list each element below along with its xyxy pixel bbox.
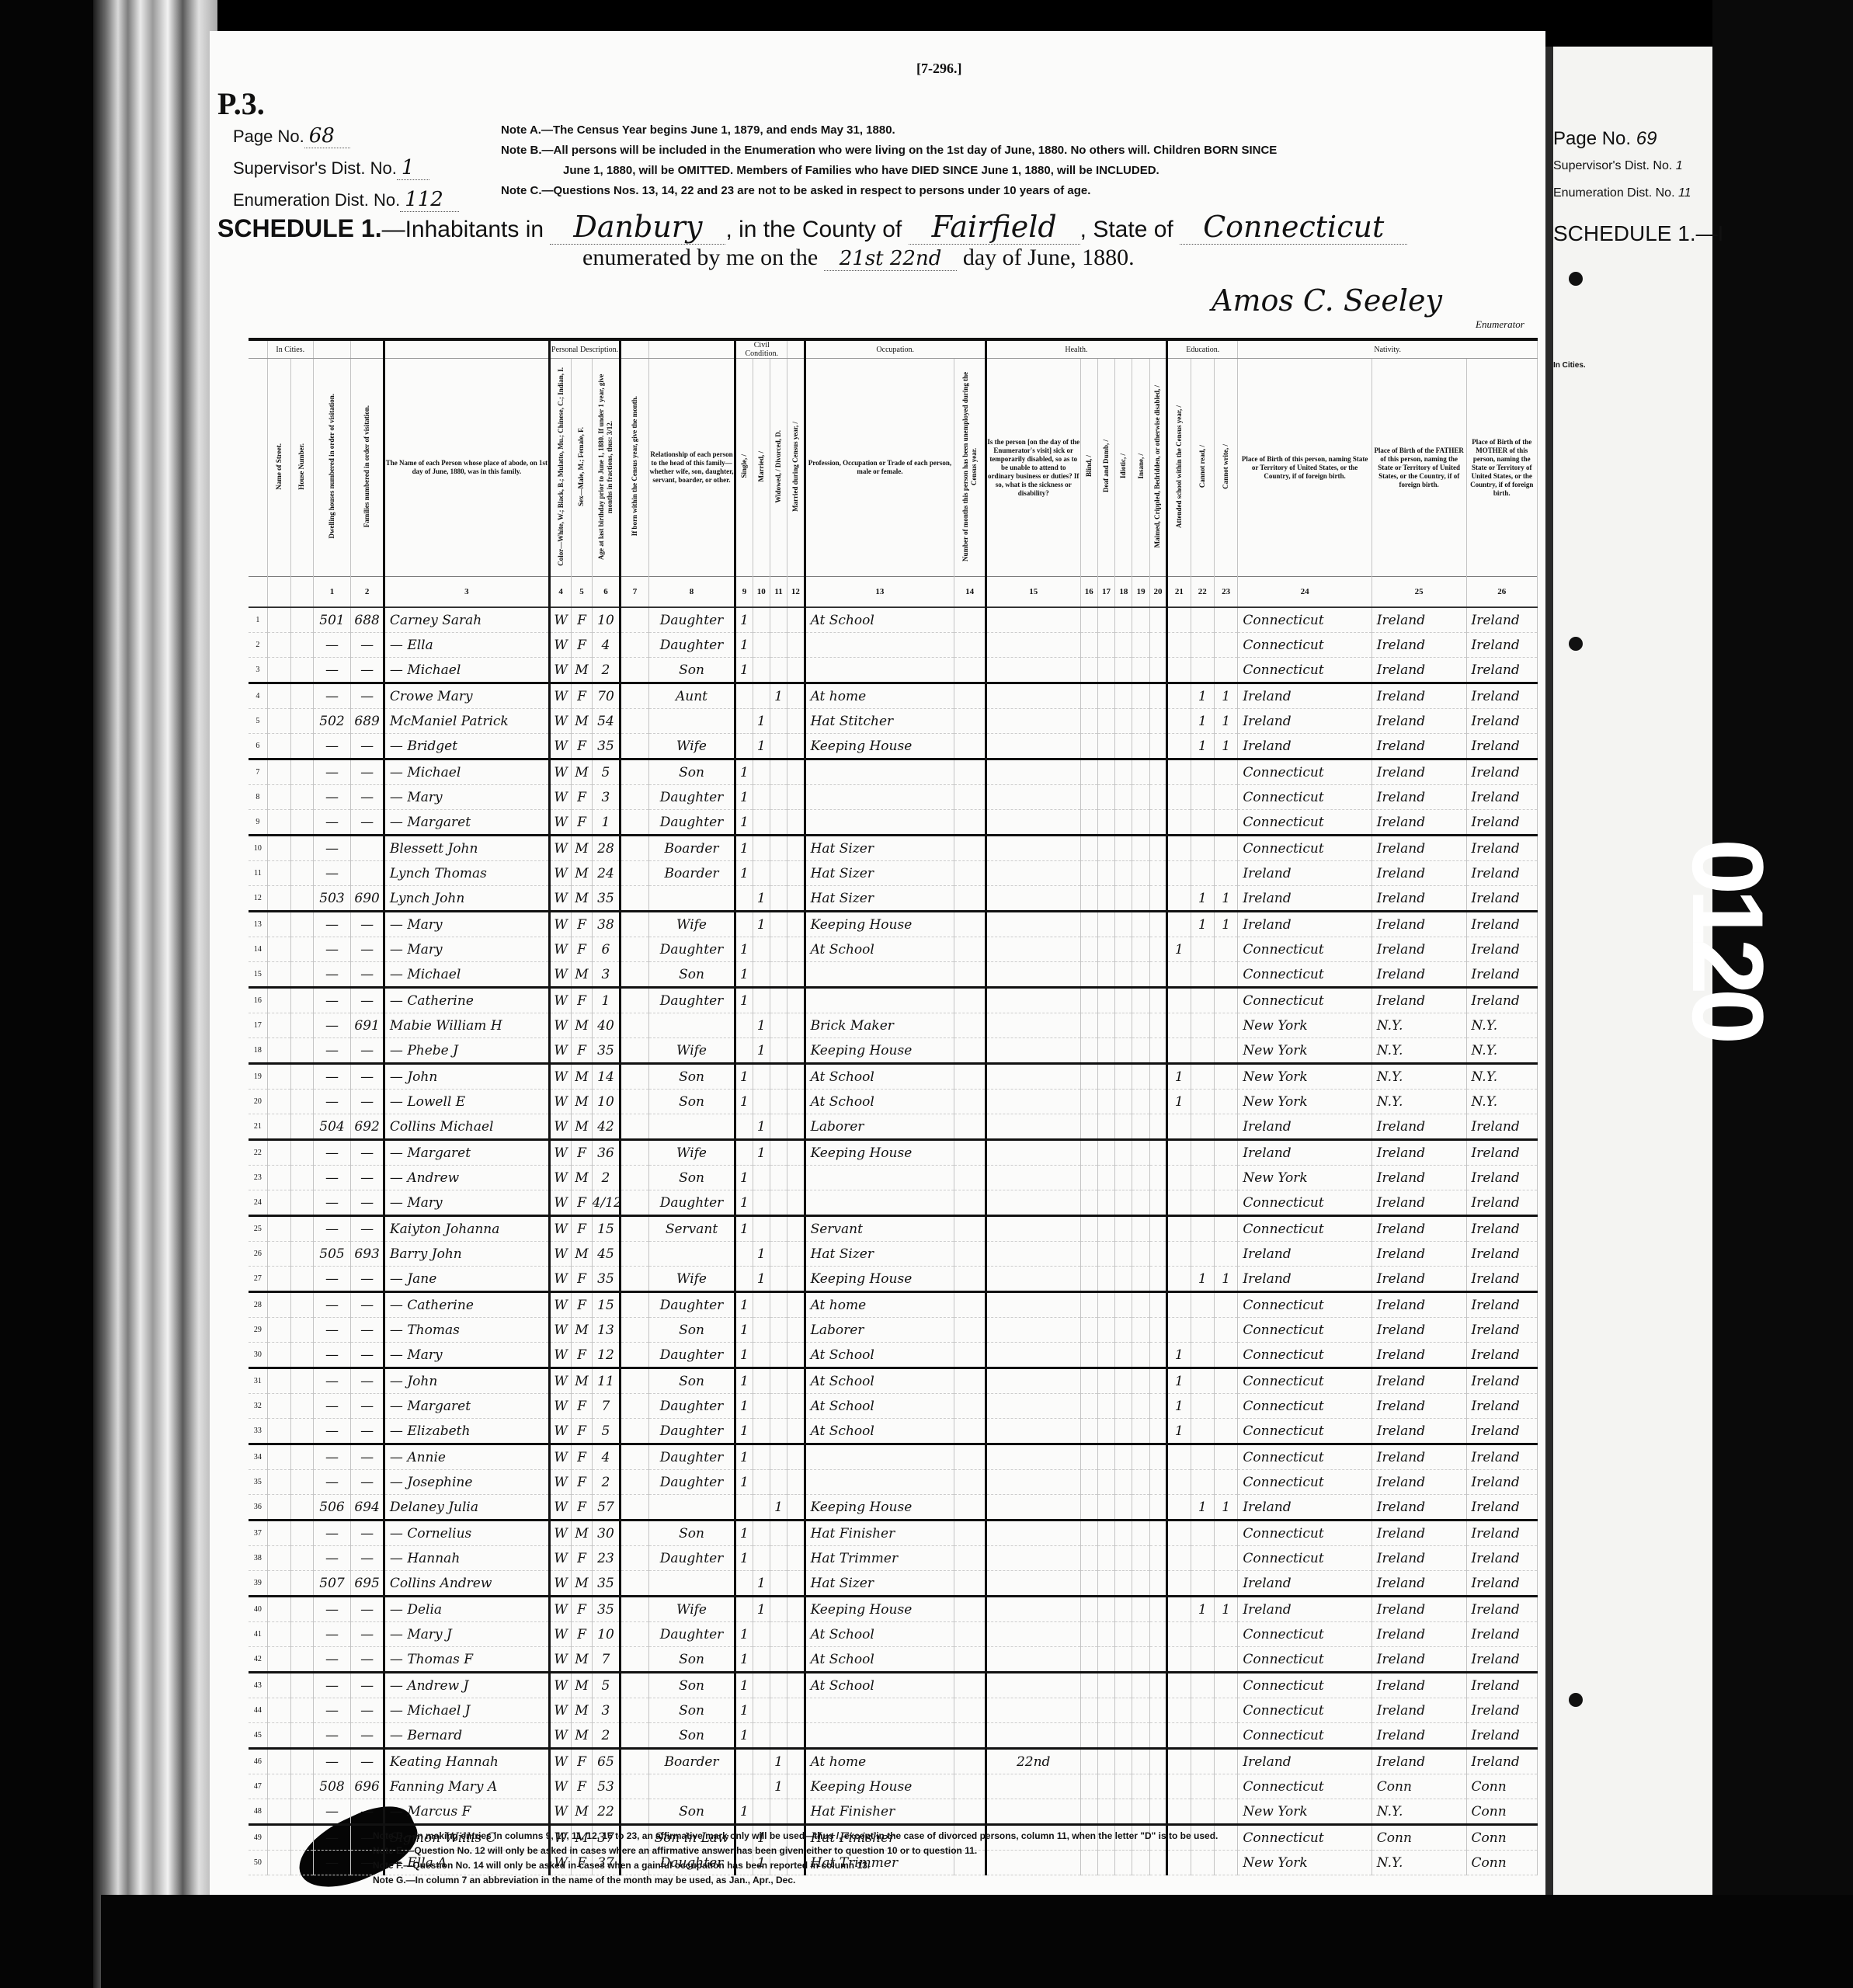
cell-dw: — <box>313 988 351 1013</box>
cell-father: Ireland <box>1371 1597 1466 1622</box>
cell-m: 1 <box>753 1114 770 1140</box>
cell-c20 <box>1149 1114 1166 1140</box>
cell-mother: Ireland <box>1466 1419 1538 1444</box>
cell-c17 <box>1097 1799 1114 1825</box>
cell-dw: — <box>313 836 351 861</box>
cell-m <box>753 1799 770 1825</box>
cell-age: 12 <box>592 1343 621 1368</box>
cell-birth: Ireland <box>1238 683 1371 709</box>
group-personal: Personal Description. <box>549 339 620 359</box>
cell-house <box>291 785 313 810</box>
cell-c18 <box>1115 1749 1132 1774</box>
cell-street <box>267 1799 290 1825</box>
cell-fam: — <box>351 988 384 1013</box>
cell-md <box>787 886 805 912</box>
cell-unemp <box>954 810 986 836</box>
cell-m: 1 <box>753 1140 770 1166</box>
cell-age: 14 <box>592 1064 621 1090</box>
cell-c20 <box>1149 759 1166 785</box>
cell-unemp <box>954 683 986 709</box>
cell-c15 <box>986 1090 1080 1114</box>
cell-c21 <box>1167 1292 1191 1318</box>
cell-sex: F <box>572 1267 592 1292</box>
cell-sex: F <box>572 988 592 1013</box>
cell-unemp <box>954 1495 986 1521</box>
cell-dw: — <box>313 1723 351 1749</box>
cell-c15 <box>986 759 1080 785</box>
col-street: Name of Street. <box>267 359 290 577</box>
cell-m <box>753 1546 770 1571</box>
cell-unemp <box>954 1571 986 1597</box>
cell-father: Ireland <box>1371 1622 1466 1647</box>
cell-occ: At School <box>805 1394 954 1419</box>
table-row: 15——— MichaelWM3Son1ConnecticutIrelandIr… <box>249 962 1538 988</box>
cell-street <box>267 1774 290 1799</box>
cell-md <box>787 709 805 734</box>
cell-age: 35 <box>592 1597 621 1622</box>
cell-c20 <box>1149 633 1166 658</box>
cell-c17 <box>1097 1495 1114 1521</box>
cell-age: 2 <box>592 658 621 683</box>
cell-fam: — <box>351 1038 384 1064</box>
cell-c22 <box>1191 1774 1214 1799</box>
cell-father: N.Y. <box>1371 1013 1466 1038</box>
table-row: 44——— Michael JWM3Son1ConnecticutIreland… <box>249 1698 1538 1723</box>
cell-color: W <box>549 886 571 912</box>
cell-w <box>770 1698 787 1723</box>
cell-c18 <box>1115 1216 1132 1242</box>
cell-c18 <box>1115 1521 1132 1546</box>
cell-unemp <box>954 1318 986 1343</box>
table-row: 10—Blessett JohnWM28Boarder1Hat SizerCon… <box>249 836 1538 861</box>
cell-c23 <box>1214 861 1237 886</box>
cell-c16 <box>1080 1140 1097 1166</box>
cell-w <box>770 1038 787 1064</box>
cell-unemp <box>954 962 986 988</box>
cell-c18 <box>1115 1394 1132 1419</box>
cell-s: 1 <box>735 1622 753 1647</box>
cell-fam: — <box>351 1673 384 1698</box>
cell-rel: Aunt <box>648 683 735 709</box>
cell-c15 <box>986 633 1080 658</box>
cell-father: Ireland <box>1371 1444 1466 1470</box>
cell-color: W <box>549 1673 571 1698</box>
col-15: Is the person [on the day of the Enumera… <box>986 359 1080 577</box>
cell-c15 <box>986 836 1080 861</box>
cell-name: — Andrew J <box>384 1673 549 1698</box>
cell-birth: Connecticut <box>1238 1318 1371 1343</box>
table-row: 37——— CorneliusWM30Son1Hat FinisherConne… <box>249 1521 1538 1546</box>
cell-line: 2 <box>249 633 267 658</box>
cell-birth: Connecticut <box>1238 1368 1371 1394</box>
cell-unemp <box>954 1394 986 1419</box>
cell-s: 1 <box>735 937 753 962</box>
cell-father: Ireland <box>1371 1647 1466 1673</box>
cell-dw: — <box>313 658 351 683</box>
cell-c18 <box>1115 759 1132 785</box>
cell-fam: — <box>351 1394 384 1419</box>
cell-father: Ireland <box>1371 912 1466 937</box>
cell-c19 <box>1132 886 1149 912</box>
cell-house <box>291 1318 313 1343</box>
cell-color: W <box>549 937 571 962</box>
cell-father: Ireland <box>1371 1470 1466 1495</box>
cell-c17 <box>1097 1216 1114 1242</box>
cell-sex: M <box>572 759 592 785</box>
cell-street <box>267 1343 290 1368</box>
cell-name: — Margaret <box>384 810 549 836</box>
cell-c16 <box>1080 962 1097 988</box>
cell-c15 <box>986 937 1080 962</box>
cell-house <box>291 1090 313 1114</box>
cell-rel: Wife <box>648 1597 735 1622</box>
cell-occ <box>805 633 954 658</box>
cell-c23 <box>1214 1749 1237 1774</box>
inhabitants-label: —Inhabitants in <box>382 217 544 242</box>
cell-house <box>291 607 313 633</box>
cell-m: 1 <box>753 1013 770 1038</box>
cell-c16 <box>1080 988 1097 1013</box>
cell-color: W <box>549 1470 571 1495</box>
cell-s: 1 <box>735 1546 753 1571</box>
cell-c17 <box>1097 988 1114 1013</box>
cell-c23 <box>1214 1546 1237 1571</box>
cell-birth: Connecticut <box>1238 1673 1371 1698</box>
cell-m <box>753 1292 770 1318</box>
cell-line: 3 <box>249 658 267 683</box>
enumerator-signature: Amos C. Seeley <box>1212 283 1442 318</box>
cell-c15 <box>986 785 1080 810</box>
cell-c19 <box>1132 1749 1149 1774</box>
cell-fam: — <box>351 1140 384 1166</box>
cell-birth: Connecticut <box>1238 658 1371 683</box>
instruction-notes: Note A.—The Census Year begins June 1, 1… <box>501 120 1511 201</box>
cell-mother: N.Y. <box>1466 1064 1538 1090</box>
cell-s: 1 <box>735 759 753 785</box>
cell-w <box>770 1242 787 1267</box>
cell-md <box>787 1698 805 1723</box>
cell-c22 <box>1191 1749 1214 1774</box>
cell-c17 <box>1097 1114 1114 1140</box>
cell-s: 1 <box>735 1647 753 1673</box>
cell-rel: Wife <box>648 912 735 937</box>
cell-occ <box>805 658 954 683</box>
cell-c16 <box>1080 1166 1097 1190</box>
cell-c22 <box>1191 1064 1214 1090</box>
cell-c23 <box>1214 810 1237 836</box>
cell-street <box>267 1597 290 1622</box>
cell-c15 <box>986 1292 1080 1318</box>
cell-sex: F <box>572 1774 592 1799</box>
cell-street <box>267 785 290 810</box>
table-row: 19——— JohnWM14Son1At School1New YorkN.Y.… <box>249 1064 1538 1090</box>
cell-street <box>267 1622 290 1647</box>
cell-sex: F <box>572 633 592 658</box>
cell-born_month <box>621 1090 649 1114</box>
cell-w <box>770 759 787 785</box>
cell-street <box>267 1267 290 1292</box>
cell-md <box>787 785 805 810</box>
cell-sex: M <box>572 1698 592 1723</box>
col-house: House Number. <box>291 359 313 577</box>
cell-c21 <box>1167 1749 1191 1774</box>
cell-color: W <box>549 1140 571 1166</box>
cell-c15 <box>986 1774 1080 1799</box>
cell-house <box>291 1723 313 1749</box>
cell-s <box>735 1114 753 1140</box>
enumeration-label: Enumeration Dist. No. <box>233 190 400 210</box>
cell-c20 <box>1149 1038 1166 1064</box>
cell-c15 <box>986 912 1080 937</box>
cell-s: 1 <box>735 1166 753 1190</box>
cell-c22 <box>1191 810 1214 836</box>
cell-c20 <box>1149 861 1166 886</box>
cell-c21: 1 <box>1167 1064 1191 1090</box>
cell-house <box>291 1368 313 1394</box>
cell-born_month <box>621 810 649 836</box>
cell-c21 <box>1167 1673 1191 1698</box>
table-row: 2——— EllaWF4Daughter1ConnecticutIrelandI… <box>249 633 1538 658</box>
cell-name: Delaney Julia <box>384 1495 549 1521</box>
supervisor-value: 1 <box>397 156 430 180</box>
cell-age: 35 <box>592 1571 621 1597</box>
cell-father: Ireland <box>1371 785 1466 810</box>
cell-s <box>735 1774 753 1799</box>
cell-c17 <box>1097 1242 1114 1267</box>
cell-c22 <box>1191 633 1214 658</box>
cell-c15 <box>986 1444 1080 1470</box>
cell-c19 <box>1132 1521 1149 1546</box>
cell-w <box>770 734 787 759</box>
cell-color: W <box>549 1292 571 1318</box>
cell-fam: — <box>351 759 384 785</box>
cell-md <box>787 1216 805 1242</box>
cell-c17 <box>1097 607 1114 633</box>
cell-c19 <box>1132 1419 1149 1444</box>
cell-father: Ireland <box>1371 1343 1466 1368</box>
cell-occ: At home <box>805 1749 954 1774</box>
cell-color: W <box>549 1013 571 1038</box>
cell-rel: Son <box>648 658 735 683</box>
cell-occ: At School <box>805 1343 954 1368</box>
cell-color: W <box>549 836 571 861</box>
cell-age: 57 <box>592 1495 621 1521</box>
cell-line: 14 <box>249 937 267 962</box>
cell-c16 <box>1080 1571 1097 1597</box>
cell-house <box>291 1444 313 1470</box>
cell-c17 <box>1097 836 1114 861</box>
cell-line: 42 <box>249 1647 267 1673</box>
cell-name: — Mary <box>384 912 549 937</box>
cell-s <box>735 1597 753 1622</box>
cell-c23 <box>1214 759 1237 785</box>
cell-w <box>770 1673 787 1698</box>
cell-occ <box>805 1470 954 1495</box>
cell-c16 <box>1080 1495 1097 1521</box>
cell-c23 <box>1214 658 1237 683</box>
cell-c22: 1 <box>1191 734 1214 759</box>
enumerated-days: 21st 22nd <box>824 247 958 271</box>
cell-born_month <box>621 1419 649 1444</box>
cell-c21 <box>1167 1140 1191 1166</box>
cell-c21 <box>1167 1013 1191 1038</box>
cell-c23 <box>1214 1698 1237 1723</box>
cell-unemp <box>954 1521 986 1546</box>
cell-dw: — <box>313 1216 351 1242</box>
cell-house <box>291 1521 313 1546</box>
col-23: Cannot write, / <box>1214 359 1237 577</box>
cell-house <box>291 1114 313 1140</box>
cell-c20 <box>1149 1774 1166 1799</box>
cell-mother: Conn <box>1466 1774 1538 1799</box>
form-mark: P.3. <box>217 85 265 122</box>
cell-c18 <box>1115 1242 1132 1267</box>
cell-c18 <box>1115 1698 1132 1723</box>
cell-house <box>291 1013 313 1038</box>
cell-street <box>267 1242 290 1267</box>
cell-c20 <box>1149 1470 1166 1495</box>
cell-birth: Ireland <box>1238 1749 1371 1774</box>
cell-c17 <box>1097 1292 1114 1318</box>
cell-age: 53 <box>592 1774 621 1799</box>
cell-c23 <box>1214 1673 1237 1698</box>
cell-c21 <box>1167 861 1191 886</box>
cell-c20 <box>1149 1521 1166 1546</box>
cell-w <box>770 1546 787 1571</box>
cell-house <box>291 1267 313 1292</box>
cell-c19 <box>1132 1013 1149 1038</box>
cell-c20 <box>1149 1318 1166 1343</box>
cell-c23 <box>1214 1799 1237 1825</box>
cell-fam: 693 <box>351 1242 384 1267</box>
cell-sex: M <box>572 1064 592 1090</box>
cell-c19 <box>1132 1394 1149 1419</box>
cell-c22 <box>1191 658 1214 683</box>
cell-dw: 504 <box>313 1114 351 1140</box>
cell-c23 <box>1214 1140 1237 1166</box>
cell-house <box>291 1190 313 1216</box>
cell-fam: 694 <box>351 1495 384 1521</box>
cell-birth: Connecticut <box>1238 1622 1371 1647</box>
cell-color: W <box>549 1343 571 1368</box>
cell-sex: F <box>572 1495 592 1521</box>
cell-c20 <box>1149 810 1166 836</box>
cell-c22 <box>1191 1140 1214 1166</box>
cell-rel <box>648 1114 735 1140</box>
cell-age: 70 <box>592 683 621 709</box>
cell-street <box>267 1749 290 1774</box>
cell-rel: Boarder <box>648 836 735 861</box>
cell-name: — Mary <box>384 785 549 810</box>
cell-fam: — <box>351 1698 384 1723</box>
cell-line: 10 <box>249 836 267 861</box>
form-code: [7-296.] <box>916 61 961 77</box>
cell-c15 <box>986 1013 1080 1038</box>
cell-street <box>267 607 290 633</box>
cell-c23 <box>1214 937 1237 962</box>
cell-c23 <box>1214 1216 1237 1242</box>
cell-house <box>291 1166 313 1190</box>
cell-mother: Ireland <box>1466 988 1538 1013</box>
cell-md <box>787 734 805 759</box>
cell-age: 28 <box>592 836 621 861</box>
binding-hole <box>1569 272 1583 286</box>
cell-color: W <box>549 988 571 1013</box>
cell-c23: 1 <box>1214 1597 1237 1622</box>
cell-line: 44 <box>249 1698 267 1723</box>
cell-age: 45 <box>592 1242 621 1267</box>
cell-c20 <box>1149 1444 1166 1470</box>
cell-md <box>787 1521 805 1546</box>
cell-c15 <box>986 1546 1080 1571</box>
cell-born_month <box>621 1368 649 1394</box>
cell-c18 <box>1115 1622 1132 1647</box>
cell-c17 <box>1097 734 1114 759</box>
cell-house <box>291 1571 313 1597</box>
cell-fam: — <box>351 1546 384 1571</box>
page-no-value: 68 <box>304 124 350 148</box>
cell-w <box>770 836 787 861</box>
film-frame-stamp: 0120 <box>1670 839 1786 1038</box>
cell-c18 <box>1115 1114 1132 1140</box>
cell-c19 <box>1132 658 1149 683</box>
right-in-cities: In Cities. <box>1553 361 1586 370</box>
cell-rel: Son <box>648 1521 735 1546</box>
cell-age: 23 <box>592 1546 621 1571</box>
cell-house <box>291 1749 313 1774</box>
cell-c17 <box>1097 861 1114 886</box>
cell-c17 <box>1097 633 1114 658</box>
cell-mother: Ireland <box>1466 912 1538 937</box>
cell-name: — Cornelius <box>384 1521 549 1546</box>
cell-born_month <box>621 1622 649 1647</box>
cell-c15 <box>986 861 1080 886</box>
cell-c16 <box>1080 1242 1097 1267</box>
cell-c15 <box>986 1470 1080 1495</box>
cell-m: 1 <box>753 1571 770 1597</box>
cell-dw: 508 <box>313 1774 351 1799</box>
cell-age: 38 <box>592 912 621 937</box>
cell-rel: Son <box>648 1698 735 1723</box>
cell-md <box>787 658 805 683</box>
cell-c20 <box>1149 785 1166 810</box>
cell-c17 <box>1097 1343 1114 1368</box>
cell-c18 <box>1115 1799 1132 1825</box>
cell-color: W <box>549 1216 571 1242</box>
cell-c21 <box>1167 658 1191 683</box>
cell-c17 <box>1097 1140 1114 1166</box>
cell-color: W <box>549 1394 571 1419</box>
cell-md <box>787 1622 805 1647</box>
cell-occ: Hat Finisher <box>805 1521 954 1546</box>
cell-born_month <box>621 1166 649 1190</box>
cell-c20 <box>1149 1242 1166 1267</box>
cell-occ: Laborer <box>805 1318 954 1343</box>
cell-m <box>753 683 770 709</box>
cell-m <box>753 658 770 683</box>
cell-fam: — <box>351 683 384 709</box>
cell-md <box>787 1495 805 1521</box>
cell-m <box>753 1166 770 1190</box>
cell-unemp <box>954 1597 986 1622</box>
cell-md <box>787 1114 805 1140</box>
table-row: 18——— Phebe JWF35Wife1Keeping HouseNew Y… <box>249 1038 1538 1064</box>
cell-c16 <box>1080 1647 1097 1673</box>
cell-born_month <box>621 1521 649 1546</box>
cell-c21 <box>1167 633 1191 658</box>
cell-c19 <box>1132 1774 1149 1799</box>
column-number-row: 1 2 3 4 5 6 7 8 9 10 11 12 13 14 15 16 1… <box>249 577 1538 608</box>
